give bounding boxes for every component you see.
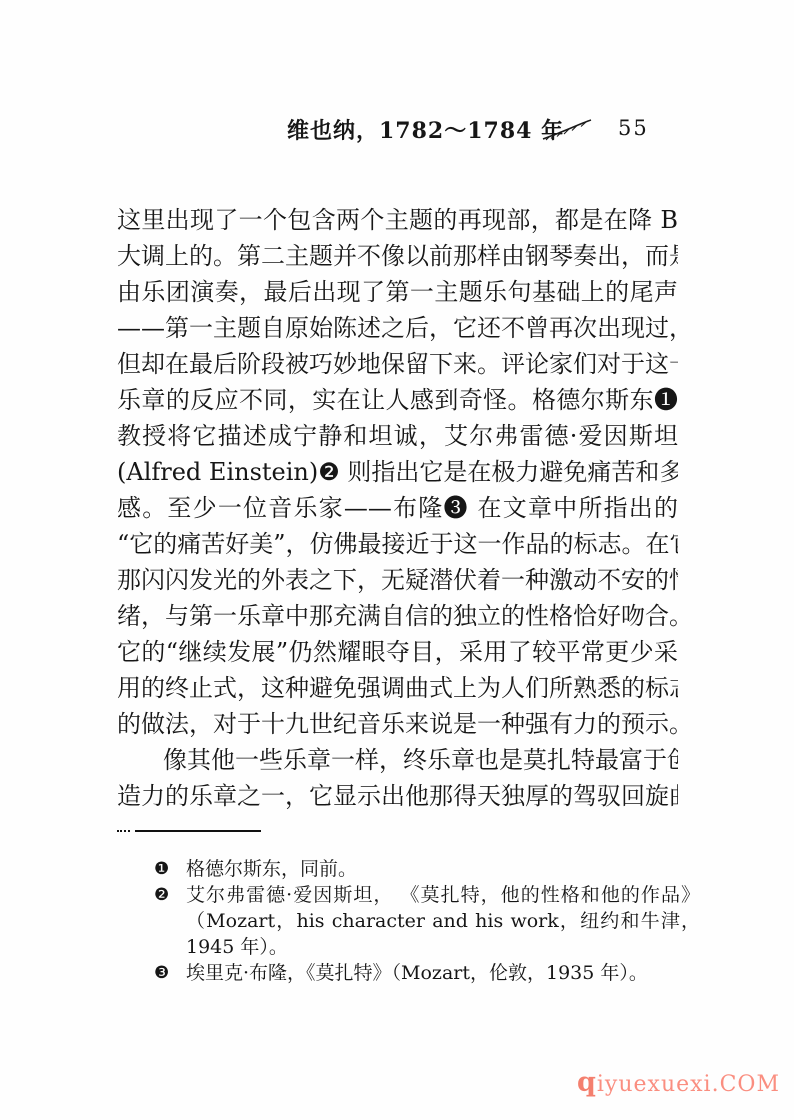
running-head-title: 维也纳，1782～1784 年 [287,114,564,145]
text-line: ——第一主题自原始陈述之后，它还不曾再次出现过， [117,310,678,346]
footnote-text-1: 格德尔斯东，同前。 [186,856,700,882]
text-line-paragraph-start: 像其他一些乐章一样，终乐章也是莫扎特最富于创 [117,742,678,778]
text-line: 教授将它描述成宁静和坦诚，艾尔弗雷德·爱因斯坦 [117,418,678,454]
text-line: 那闪闪发光的外表之下，无疑潜伏着一种激动不安的情 [117,562,678,598]
footnote-marker-1: ❶ [154,856,176,882]
footnote-text-2: 艾尔弗雷德·爱因斯坦， 《莫扎特，他的性格和他的作品》（Mozart，his c… [186,882,700,960]
text-line: 绪，与第一乐章中那充满自信的独立的性格恰好吻合。 [117,598,678,634]
footnote-marker-3: ❸ [154,960,176,986]
watermark-initial: q [577,1067,597,1098]
footnote-separator-dotted-segment [117,830,130,832]
watermark: qiyuexuexi.COM [577,1067,780,1098]
body-text-block: 这里出现了一个包含两个主题的再现部，都是在降 B 大调上的。第二主题并不像以前那… [117,202,678,814]
page-number: 55 [618,116,649,140]
text-line: 这里出现了一个包含两个主题的再现部，都是在降 B [117,202,678,238]
book-page: 维也纳，1782～1784 年 55 这里出现了一个包含两个主题的再现部，都是在… [0,0,794,1120]
footnote-separator-solid-segment [135,830,261,832]
text-line: 由乐团演奏，最后出现了第一主题乐句基础上的尾声 [117,274,678,310]
watermark-text: iyuexuexi.COM [597,1072,780,1097]
footnote-marker-2: ❷ [154,882,176,908]
footnote-item: ❸ 埃里克·布隆，《莫扎特》（Mozart，伦敦，1935 年）。 [154,960,700,986]
footnote-item: ❶ 格德尔斯东，同前。 [154,856,700,882]
footnote-item: ❷ 艾尔弗雷德·爱因斯坦， 《莫扎特，他的性格和他的作品》（Mozart，his… [154,882,700,960]
footnote-text-3: 埃里克·布隆，《莫扎特》（Mozart，伦敦，1935 年）。 [186,960,700,986]
footnote-separator [117,830,277,832]
text-line: 用的终止式，这种避免强调曲式上为人们所熟悉的标志 [117,670,678,706]
text-line: 造力的乐章之一，它显示出他那得天独厚的驾驭回旋曲 [117,778,678,814]
text-line: (Alfred Einstein)❷ 则指出它是在极力避免痛苦和多愁善 [117,454,678,490]
flourish-icon [541,118,593,142]
text-line: 的做法，对于十九世纪音乐来说是一种强有力的预示。 [117,706,678,742]
text-line: “它的痛苦好美”，仿佛最接近于这一作品的标志。在它 [117,526,678,562]
text-line: 乐章的反应不同，实在让人感到奇怪。格德尔斯东❶ [117,382,678,418]
text-line: 感。至少一位音乐家——布隆❸ 在文章中所指出的 [117,490,678,526]
text-line: 大调上的。第二主题并不像以前那样由钢琴奏出，而是 [117,238,678,274]
text-line: 它的“继续发展”仍然耀眼夺目，采用了较平常更少采 [117,634,678,670]
footnotes-block: ❶ 格德尔斯东，同前。 ❷ 艾尔弗雷德·爱因斯坦， 《莫扎特，他的性格和他的作品… [154,856,700,986]
text-line: 但却在最后阶段被巧妙地保留下来。评论家们对于这一 [117,346,678,382]
